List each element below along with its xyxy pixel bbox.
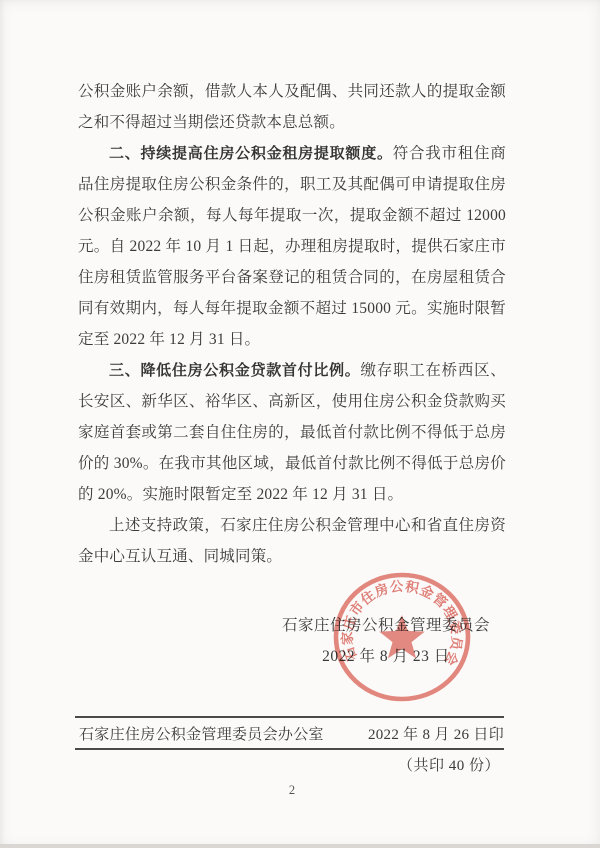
text-line: 二、持续提高住房公积金租房提取额度。符合我市租住商 (78, 138, 506, 169)
policy-body-text: 公积金账户余额，借款人本人及配偶、共同还款人的提取金额之和不得超过当期偿还贷款本… (78, 76, 506, 572)
text-line: 之和不得超过当期偿还贷款本息总额。 (78, 107, 506, 138)
footer-divider-top (75, 716, 504, 718)
text-line: 住房租赁监管服务平台备案登记的租赁合同的，在房屋租赁合 (78, 262, 506, 293)
section-heading: 三、降低住房公积金贷款首付比例。 (109, 361, 361, 379)
text-line: 品住房提取住房公积金条件的，职工及其配偶可申请提取住房 (78, 169, 506, 200)
text-line: 三、降低住房公积金贷款首付比例。缴存职工在桥西区、 (78, 355, 506, 386)
section-heading: 二、持续提高住房公积金租房提取额度。 (109, 144, 393, 162)
copies-count: （共印 40 份） (398, 752, 500, 780)
document-page: 公积金账户余额，借款人本人及配偶、共同还款人的提取金额之和不得超过当期偿还贷款本… (0, 0, 600, 848)
text-line: 的 20%。实施时限暂定至 2022 年 12 月 31 日。 (78, 479, 506, 510)
text-line: 上述支持政策，石家庄住房公积金管理中心和省直住房资 (78, 510, 506, 541)
text-line: 公积金账户余额，每人每年提取一次，提取金额不超过 12000 (78, 200, 506, 231)
text-line: 定至 2022 年 12 月 31 日。 (78, 324, 506, 355)
text-line: 金中心互认互通、同城同策。 (78, 541, 506, 572)
text-line: 价的 30%。在我市其他区域，最低首付款比例不得低于总房价 (78, 448, 506, 479)
text-line: 公积金账户余额，借款人本人及配偶、共同还款人的提取金额 (78, 76, 506, 107)
text-line: 同有效期内，每人每年提取金额不超过 15000 元。实施时限暂 (78, 293, 506, 324)
footer-row: 石家庄住房公积金管理委员会办公室 2022 年 8 月 26 日印 (79, 718, 504, 748)
signature-date: 2022 年 8 月 23 日 (280, 641, 492, 672)
text-line: 元。自 2022 年 10 月 1 日起，办理租房提取时，提供石家庄市 (78, 231, 506, 262)
text-line: 家庭首套或第二套自住住房的，最低首付款比例不得低于总房 (78, 417, 506, 448)
page-number: 2 (78, 783, 506, 798)
footer-office-label: 石家庄住房公积金管理委员会办公室 (79, 723, 324, 744)
signature-block: 石家庄住房公积金管理委员会 2022 年 8 月 23 日 (280, 610, 492, 672)
text-line: 长安区、新华区、裕华区、高新区，使用住房公积金贷款购买 (78, 386, 506, 417)
footer-divider-bottom (75, 748, 504, 750)
signature-org: 石家庄住房公积金管理委员会 (280, 610, 492, 641)
footer-print-date: 2022 年 8 月 26 日印 (368, 723, 504, 744)
